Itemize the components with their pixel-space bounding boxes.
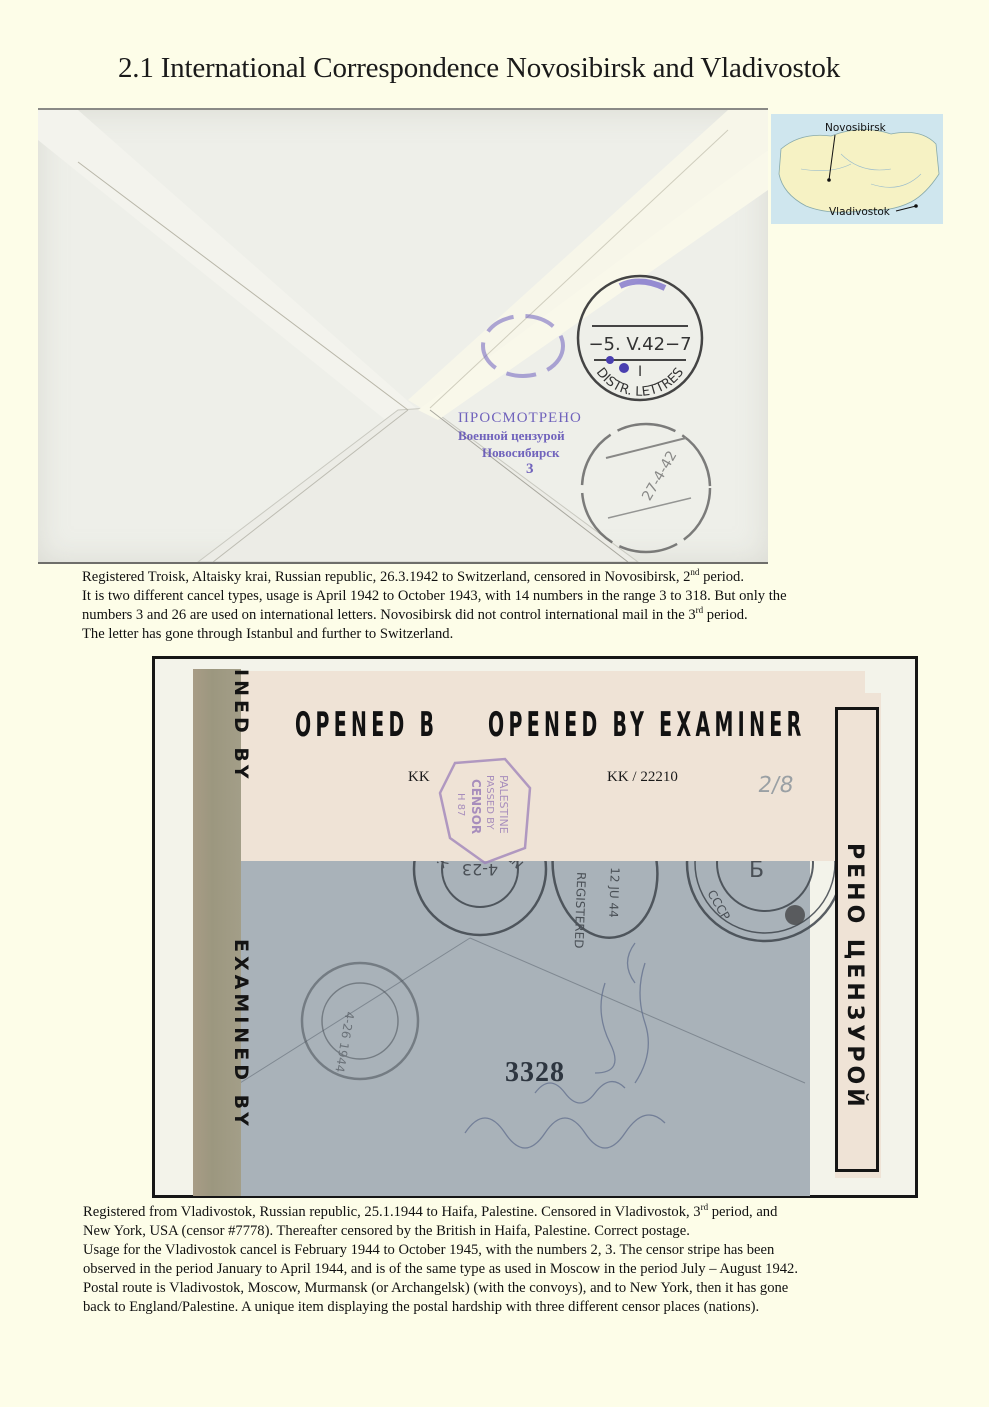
british-censor-label: [240, 671, 865, 861]
caption-line: back to England/Palestine. A unique item…: [83, 1298, 798, 1317]
cover-1-description: Registered Troisk, Altaisky krai, Russia…: [82, 568, 787, 644]
svg-text:4-26 1944: 4-26 1944: [332, 1010, 356, 1073]
cover-2-description: Registered from Vladivostok, Russian rep…: [83, 1203, 798, 1317]
registration-number: 3328: [505, 1057, 565, 1089]
caption-line: It is two different cancel types, usage …: [82, 587, 787, 606]
page-title: 2.1 International Correspondence Novosib…: [118, 52, 840, 85]
tape-text-examined-by: EXAMINED BY: [217, 939, 265, 1130]
pencil-notation: 2/8: [756, 773, 795, 798]
us-censor-tape: INED BY EXAMINED BY: [193, 669, 241, 1196]
cover-1-envelope-back: −5. V.42−7 I DISTR. LETTRES 27-4-42 ПРОС…: [38, 108, 768, 564]
map-label-novosibirsk: Novosibirsk: [825, 122, 886, 134]
caption-line: Usage for the Vladivostok cancel is Febr…: [83, 1241, 798, 1260]
label-text-partial: OPENED B: [295, 705, 438, 745]
pencil-handwriting: [465, 943, 665, 1148]
svg-text:4-23: 4-23: [462, 860, 498, 879]
novosibirsk-censor-mark: ПРОСМОТРЕНО Военной цензурой Новосибирск…: [458, 410, 582, 478]
russia-map-inset: Novosibirsk Vladivostok: [771, 114, 943, 224]
svg-text:REGISTERED: REGISTERED: [572, 872, 589, 949]
svg-text:27-4-42: 27-4-42: [639, 448, 680, 503]
svg-text:12 JU 44: 12 JU 44: [606, 867, 622, 918]
caption-line: Registered from Vladivostok, Russian rep…: [83, 1203, 798, 1222]
tape-text-partial: INED BY: [217, 669, 265, 783]
caption-line: The letter has gone through Istanbul and…: [82, 625, 787, 644]
caption-line: Registered Troisk, Altaisky krai, Russia…: [82, 568, 787, 587]
label-kk-left: KK: [408, 769, 430, 786]
new-york-registry-cancel: 4-26 1944: [302, 963, 418, 1079]
caption-line: numbers 3 and 26 are used on internation…: [82, 606, 787, 625]
svg-text:Б: Б: [749, 858, 764, 883]
istanbul-transit-cancel: 27-4-42: [582, 424, 710, 552]
svg-text:−5. V.42−7: −5. V.42−7: [588, 334, 691, 355]
label-text-opened-by-examiner: OPENED BY EXAMINER: [488, 705, 806, 745]
svg-text:I: I: [638, 364, 642, 380]
map-label-vladivostok: Vladivostok: [829, 206, 890, 218]
caption-line: New York, USA (censor #7778). Thereafter…: [83, 1222, 798, 1241]
caption-line: Postal route is Vladivostok, Moscow, Mur…: [83, 1279, 798, 1298]
label-kk-number: KK / 22210: [607, 769, 678, 786]
envelope-flaps: −5. V.42−7 I DISTR. LETTRES 27-4-42: [38, 110, 768, 562]
soviet-censor-tape: РЕНО ЦЕНЗУРОЙ: [835, 693, 881, 1178]
tape-text-russian: РЕНО ЦЕНЗУРОЙ: [845, 843, 867, 1111]
caption-line: observed in the period January to April …: [83, 1260, 798, 1279]
swiss-cancel: −5. V.42−7 I DISTR. LETTRES: [578, 276, 702, 400]
cover-2-envelope-back: 4-23 NEW YORK, N.Y. REGISTERED 12 JU 44 …: [165, 663, 910, 1196]
